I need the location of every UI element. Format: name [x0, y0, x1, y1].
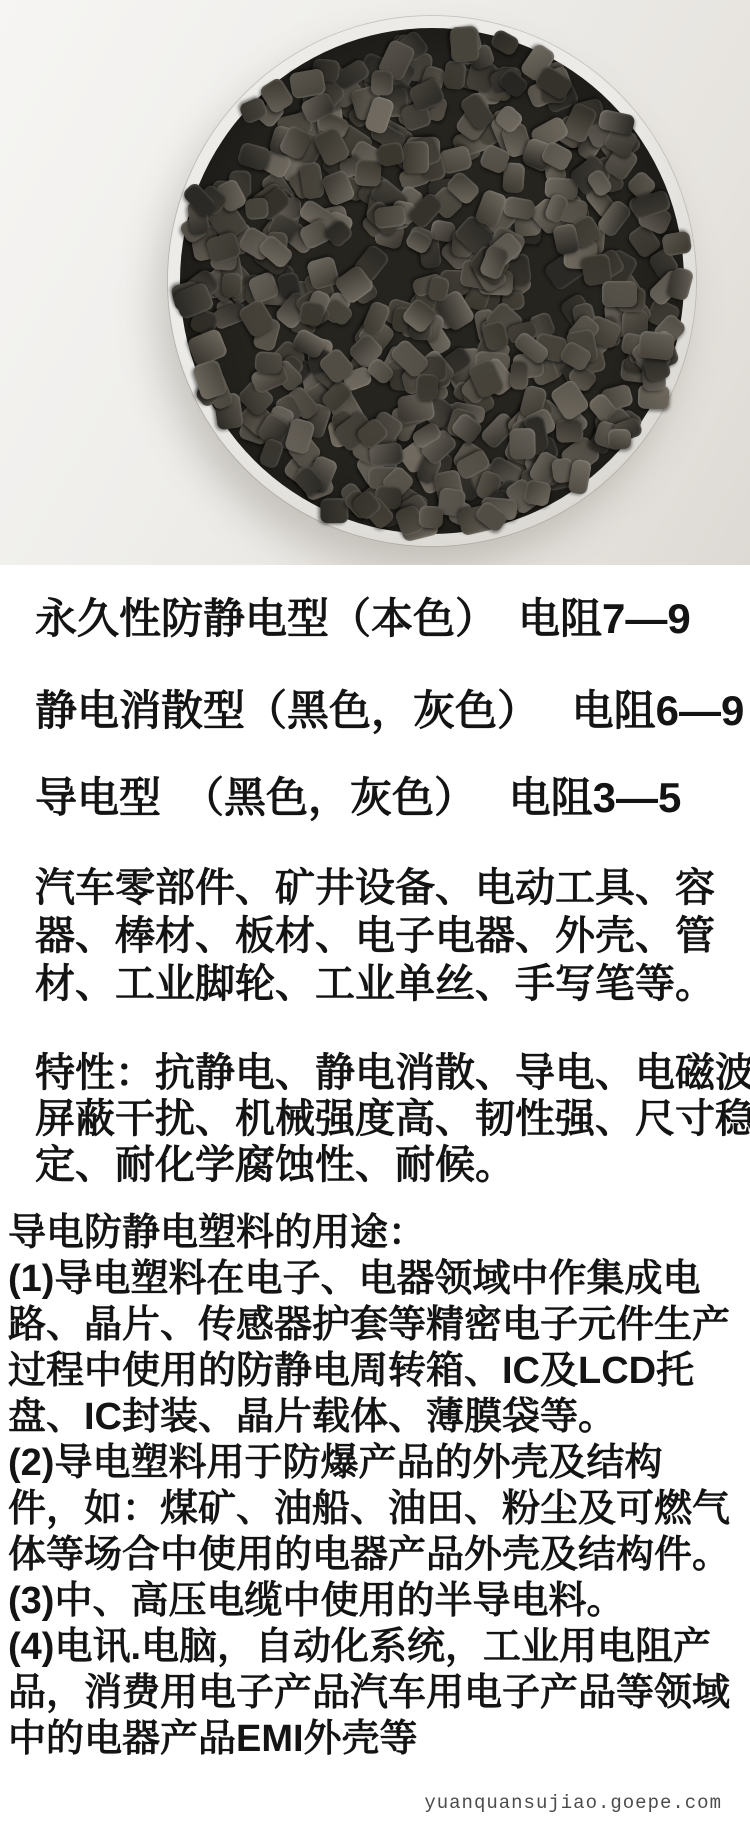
- pellet-pile-edge: [168, 16, 696, 546]
- usage-line: 过程中使用的防静电周转箱、IC及LCD托: [8, 1348, 730, 1394]
- usage-heading: 导电防静电塑料的用途：: [8, 1210, 730, 1256]
- watermark-url: yuanquansujiao.goepe.com: [424, 1792, 722, 1814]
- applications-line: 汽车零部件、矿井设备、电动工具、容: [35, 864, 715, 912]
- features-line: 特性：抗静电、静电消散、导电、电磁波: [35, 1050, 750, 1096]
- usage-line: 品，消费用电子产品汽车用电子产品等领域: [8, 1670, 730, 1716]
- usage-line: 体等场合中使用的电器产品外壳及结构件。: [8, 1532, 730, 1578]
- usage-section: 导电防静电塑料的用途： (1)导电塑料在电子、电器领域中作集成电 路、晶片、传感…: [8, 1210, 730, 1762]
- applications-paragraph: 汽车零部件、矿井设备、电动工具、容 器、棒材、板材、电子电器、外壳、管 材、工业…: [35, 864, 715, 1008]
- spec-line-conductive: 导电型 （黑色，灰色） 电阻3—5: [35, 776, 738, 820]
- usage-line: (3)中、高压电缆中使用的半导电料。: [8, 1578, 730, 1624]
- usage-line: (1)导电塑料在电子、电器领域中作集成电: [8, 1256, 730, 1302]
- features-line: 定、耐化学腐蚀性、耐候。: [35, 1142, 750, 1188]
- features-paragraph: 特性：抗静电、静电消散、导电、电磁波 屏蔽干扰、机械强度高、韧性强、尺寸稳 定、…: [35, 1050, 750, 1188]
- spec-line-permanent-antistatic: 永久性防静电型（本色） 电阻7—9: [35, 597, 738, 641]
- applications-line: 器、棒材、板材、电子电器、外壳、管: [35, 912, 715, 960]
- usage-line: (4)电讯.电脑，自动化系统，工业用电阻产: [8, 1624, 730, 1670]
- usage-line: 路、晶片、传感器护套等精密电子元件生产: [8, 1302, 730, 1348]
- features-line: 屏蔽干扰、机械强度高、韧性强、尺寸稳: [35, 1096, 750, 1142]
- usage-line: 中的电器产品EMI外壳等: [8, 1716, 730, 1762]
- product-infographic: 永久性防静电型（本色） 电阻7—9 静电消散型（黑色，灰色） 电阻6—9 导电型…: [0, 0, 750, 1821]
- applications-line: 材、工业脚轮、工业单丝、手写笔等。: [35, 960, 715, 1008]
- usage-line: 盘、IC封装、晶片载体、薄膜袋等。: [8, 1394, 730, 1440]
- usage-line: 件，如：煤矿、油船、油田、粉尘及可燃气: [8, 1486, 730, 1532]
- pellet-dish: [168, 16, 696, 546]
- spec-line-static-dissipative: 静电消散型（黑色，灰色） 电阻6—9: [35, 689, 738, 733]
- product-photo: [0, 0, 750, 565]
- usage-line: (2)导电塑料用于防爆产品的外壳及结构: [8, 1440, 730, 1486]
